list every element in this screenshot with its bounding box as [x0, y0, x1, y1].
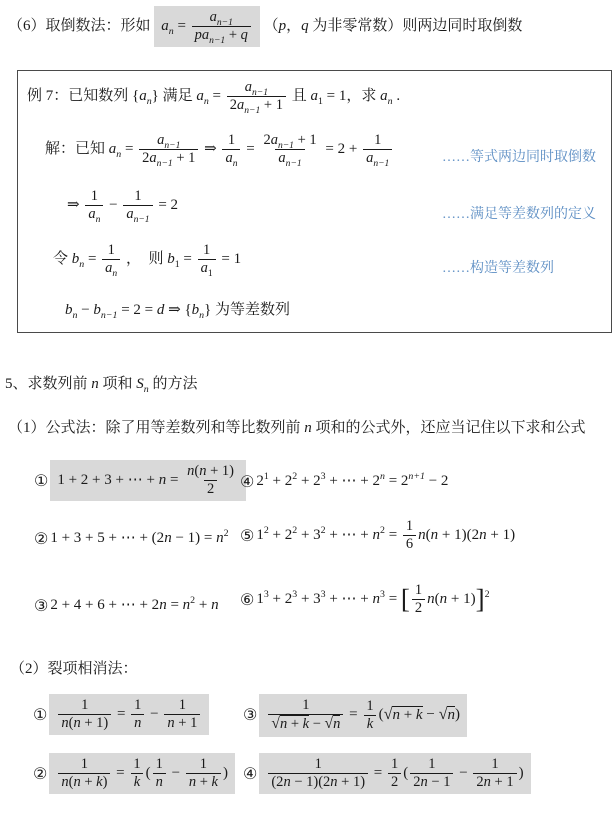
math-notes-page: { "colors": { "annotation_blue": "#5b8dc… [0, 0, 613, 815]
section-5-sub2-heading: （2）裂项相消法： [10, 660, 138, 680]
math-fraction: n(n + 1)2 [184, 463, 237, 498]
math-var: k [134, 774, 140, 790]
math-fraction: 1an−1 [363, 132, 392, 167]
fraction-numerator: 1 [78, 756, 91, 773]
method-6-highlighted-formula: an = an−1pan−1 + q [154, 6, 260, 47]
formula-math: 21 + 22 + 23 + ⋯ + 2n = 2n+1 − 2 [256, 472, 448, 492]
math-text: 1 [366, 698, 373, 714]
fraction-denominator: 2n − 1 [410, 773, 453, 791]
formula-math: 2 + 4 + 6 + ⋯ + 2n = n2 + n [50, 596, 218, 616]
math-text: = [345, 707, 361, 723]
formula-number: ⑥ [240, 590, 254, 610]
formula-number: ① [34, 471, 48, 491]
math-var: n [61, 774, 68, 790]
math-fraction: an−1pan−1 + q [192, 9, 251, 44]
formula-math: 1n(n + 1) = 1n − 1n + 1 [49, 694, 209, 735]
math-sqrt-icon: √n [325, 716, 341, 732]
math-text: + 1) [487, 527, 515, 543]
math-var: n [73, 774, 80, 790]
radicand: n + k [280, 715, 309, 732]
math-text: 1 [256, 591, 264, 607]
fraction-denominator: k [364, 715, 376, 733]
fraction-denominator: (2n − 1)(2n + 1) [268, 773, 368, 791]
fraction-numerator: 1 [105, 242, 118, 259]
math-subscript: n [112, 268, 117, 279]
math-var: b [65, 302, 73, 318]
math-text: = [385, 591, 401, 607]
math-var: a [126, 206, 133, 222]
method-6-pre: （6）取倒数法：形如 [8, 18, 154, 34]
method-6-line: （6）取倒数法：形如 an = an−1pan−1 + q （p，q 为非零常数… [8, 6, 522, 47]
radicand: n [333, 715, 340, 732]
math-text: ， 则 [122, 251, 167, 267]
math-var: n [216, 530, 224, 546]
math-var: n [189, 774, 196, 790]
annotation-take-reciprocal: ……等式两边同时取倒数 [442, 146, 596, 166]
fraction-numerator: 1 [388, 756, 401, 773]
fraction-numerator: 1 [363, 698, 376, 715]
math-text: 1 [406, 518, 413, 534]
fraction-numerator: 1 [403, 518, 416, 535]
math-text: + [287, 716, 302, 732]
fraction-numerator: 1 [200, 242, 213, 259]
math-text: 1 + 2 + 3 + ⋯ + [57, 472, 158, 488]
math-text: + ⋯ + [326, 591, 373, 607]
math-text: 项和的公式外，还应当记住以下求和公式 [312, 420, 586, 436]
math-text: + 1) [447, 591, 475, 607]
fraction-denominator: 2 [388, 773, 401, 791]
math-fraction: 16 [403, 518, 416, 553]
formula-math: 1n(n + k) = 1k(1n − 1n + k) [49, 753, 235, 794]
math-var: n [304, 420, 312, 436]
math-var: n [427, 591, 435, 607]
fraction-numerator: 1 [176, 697, 189, 714]
math-var: n [392, 707, 400, 723]
math-var: a [310, 88, 318, 104]
fraction-numerator: an−1 [242, 79, 271, 96]
math-subscript: n−1 [101, 310, 118, 321]
math-text: − [105, 197, 121, 213]
fraction-numerator: 1 [197, 756, 210, 773]
formula-telescoping-3: ③1√n + k − √n = 1k(√n + k − √n) [243, 694, 467, 737]
math-fraction: 1√n + k − √n [268, 697, 343, 734]
math-text: − [309, 716, 324, 732]
math-var: n [199, 463, 206, 479]
fraction-denominator: 2n + 1 [473, 773, 516, 791]
math-var: n [156, 774, 163, 790]
math-fraction: 1an−1 [123, 188, 152, 223]
math-text: = [180, 251, 196, 267]
math-text: ( [403, 765, 408, 781]
example-7-solution-line3: 令 bn = 1an ， 则 b1 = 1a1 = 1 [53, 242, 241, 277]
math-var: n [373, 591, 381, 607]
math-text: + 1)(2 [438, 527, 479, 543]
fraction-denominator: n(n + 1) [58, 714, 111, 732]
math-text: + 1 [491, 774, 514, 790]
formula-math: 1(2n − 1)(2n + 1) = 12(12n − 1 − 12n + 1… [259, 753, 530, 794]
math-text: = [385, 527, 401, 543]
formula-number: ② [33, 764, 47, 784]
math-text: 1 + 3 + 5 + ⋯ + (2 [50, 530, 164, 546]
math-var: n [159, 597, 167, 613]
fraction-denominator: n [153, 773, 166, 791]
fraction-denominator: 2an−1 + 1 [139, 149, 198, 167]
math-text: = [112, 765, 128, 781]
math-fraction: 1k [130, 756, 143, 791]
math-text: 2 [263, 132, 270, 148]
math-text: 令 [53, 251, 72, 267]
math-var: a [149, 150, 156, 166]
math-superscript: 2 [485, 589, 490, 600]
math-text: − 1)(2 [291, 774, 331, 790]
fraction-numerator: 1 [412, 582, 425, 599]
math-text: − [146, 706, 162, 722]
fraction-numerator: 1 [131, 697, 144, 714]
math-text: ) [103, 774, 108, 790]
math-var: a [278, 150, 285, 166]
formula-math: 1√n + k − √n = 1k(√n + k − √n) [259, 694, 467, 737]
fraction-numerator: 2an−1 + 1 [260, 132, 319, 149]
math-text: + 2 [269, 473, 292, 489]
math-text: = [113, 706, 129, 722]
math-sqrt-icon: √n + k [271, 716, 309, 732]
math-text: + 2 [269, 527, 292, 543]
radicand: n + k [392, 706, 422, 723]
math-text: − [455, 765, 471, 781]
math-subscript: n [96, 214, 101, 225]
math-bracket: [ [401, 584, 410, 614]
math-text: 为非零常数）则两边同时取倒数 [309, 18, 523, 34]
math-text: + 1 [175, 715, 198, 731]
math-text: 2 + 4 + 6 + ⋯ + 2 [50, 597, 159, 613]
math-var: a [271, 132, 278, 148]
math-text: = [209, 88, 225, 104]
math-fraction: 12n + 1 [473, 756, 516, 791]
fraction-numerator: 1 [488, 756, 501, 773]
math-var: S [136, 376, 144, 392]
math-fraction: 1n(n + k) [58, 756, 110, 791]
math-var: q [241, 27, 248, 43]
math-text: 2 [230, 97, 237, 113]
fraction-denominator: pan−1 + q [192, 26, 251, 44]
math-sqrt-icon: √n + k [384, 707, 423, 723]
math-text: ⇒ [67, 197, 83, 213]
math-text: = 2 [385, 473, 408, 489]
radical-icon: √ [271, 715, 280, 732]
math-text: = [167, 597, 183, 613]
math-text: 5、求数列前 [5, 376, 91, 392]
math-fraction: 1k [363, 698, 376, 733]
math-text: 1 [228, 132, 235, 148]
math-text: + [81, 774, 96, 790]
fraction-denominator: n [131, 714, 144, 732]
math-text: . [393, 88, 401, 104]
math-text: + 1 [260, 97, 283, 113]
math-var: pa [195, 27, 210, 43]
math-text: ) [455, 707, 460, 723]
math-var: a [245, 79, 252, 95]
fraction-denominator: n(n + k) [58, 773, 110, 791]
math-var: n [73, 715, 80, 731]
math-text: (2 [271, 774, 283, 790]
math-text: ) [223, 765, 228, 781]
math-var: n [61, 715, 68, 731]
math-superscript: 2 [224, 528, 229, 539]
math-var: n [164, 530, 172, 546]
fraction-denominator: 6 [403, 535, 416, 553]
math-fraction: 1a1 [198, 242, 216, 277]
math-text: 例 7：已知数列 { [27, 88, 139, 104]
fraction-denominator: n + 1 [164, 714, 200, 732]
math-bracket: ] [476, 584, 485, 614]
math-text: 且 [288, 88, 311, 104]
math-text: + 1) [207, 463, 235, 479]
math-var: n [418, 527, 426, 543]
math-text: − 1 [428, 774, 451, 790]
formula-telescoping-4: ④1(2n − 1)(2n + 1) = 12(12n − 1 − 12n + … [243, 753, 531, 794]
annotation-arithmetic-definition: ……满足等差数列的定义 [442, 203, 596, 223]
math-text: } 满足 [152, 88, 197, 104]
fraction-numerator: 1 [225, 132, 238, 149]
math-text: = 1，求 [323, 88, 380, 104]
fraction-denominator: an [85, 205, 103, 223]
math-text: = 2 + [322, 141, 361, 157]
fraction-denominator: an [222, 149, 240, 167]
fraction-denominator: an−1 [123, 205, 152, 223]
math-text: （1）公式法：除了用等差数列和等比数列前 [8, 420, 304, 436]
formula-number: ④ [243, 764, 257, 784]
math-text: 1 [200, 756, 207, 772]
math-fraction: 1n [153, 756, 166, 791]
math-text: − [168, 765, 184, 781]
math-subscript: n−1 [244, 105, 260, 116]
math-text: + 1) [338, 774, 366, 790]
math-text: + 2 [297, 473, 320, 489]
math-subscript: n−1 [373, 158, 389, 169]
math-text: ) [519, 765, 524, 781]
math-var: k [416, 707, 423, 723]
math-text: 1 [415, 582, 422, 598]
math-subscript: n [233, 158, 238, 169]
math-var: k [367, 716, 373, 732]
math-text: 1 [256, 527, 264, 543]
math-text: 1 [134, 188, 141, 204]
fraction-numerator: 1 [78, 697, 91, 714]
math-subscript: n−1 [286, 158, 302, 169]
math-text: = [166, 472, 182, 488]
math-text: 1 [133, 756, 140, 772]
math-var: a [161, 18, 169, 34]
example-7-solution-line1: 解：已知 an = an−12an−1 + 1 ⇒ 1an = 2an−1 + … [45, 132, 394, 167]
section-5-sub1-heading: （1）公式法：除了用等差数列和等比数列前 n 项和的公式外，还应当记住以下求和公… [8, 419, 586, 439]
math-text: 1 [315, 756, 322, 772]
math-fraction: 1an [85, 188, 103, 223]
fraction-numerator: 1 [312, 756, 325, 773]
fraction-denominator: 2 [412, 599, 425, 617]
math-text: = [121, 141, 137, 157]
math-text: ( [146, 765, 151, 781]
math-text: 2 [256, 473, 264, 489]
formula-number: ④ [240, 472, 254, 492]
math-fraction: 12n − 1 [410, 756, 453, 791]
math-text: ⇒ { [164, 302, 191, 318]
math-text: = [174, 18, 190, 34]
math-text: − [77, 302, 93, 318]
math-text: 2 [476, 774, 483, 790]
math-fraction: 12 [388, 756, 401, 791]
math-fraction: 1n + 1 [164, 697, 200, 732]
fraction-numerator: an−1 [154, 132, 183, 149]
example-7-solution-line4: bn − bn−1 = 2 = d ⇒ {bn} 为等差数列 [65, 301, 290, 321]
math-subscript: n−1 [157, 158, 173, 169]
formula-number: ② [34, 529, 48, 549]
math-text: 2 [207, 481, 214, 497]
math-fraction: 2an−1 + 1an−1 [260, 132, 319, 167]
math-text: 1 [302, 697, 309, 713]
math-var: n [134, 715, 141, 731]
math-fraction: 1an [222, 132, 240, 167]
math-text: 解：已知 [45, 141, 109, 157]
math-var: a [139, 88, 147, 104]
math-var: n [373, 527, 381, 543]
fraction-denominator: an [102, 259, 120, 277]
math-fraction: 12 [412, 582, 425, 617]
math-text: = 2 = [117, 302, 156, 318]
math-text: 1 [391, 756, 398, 772]
math-text: 项和 [99, 376, 137, 392]
fraction-denominator: an−1 [363, 149, 392, 167]
formula-sum-powers-of-2: ④21 + 22 + 23 + ⋯ + 2n = 2n+1 − 2 [240, 472, 448, 492]
fraction-numerator: 1 [299, 697, 312, 714]
example-7-title: 例 7：已知数列 {an} 满足 an = an−12an−1 + 1 且 a1… [27, 79, 400, 114]
math-text: + 1 [294, 132, 317, 148]
math-var: b [167, 251, 175, 267]
math-var: a [380, 88, 388, 104]
fraction-denominator: an−1 [275, 149, 304, 167]
math-text: + 3 [297, 527, 320, 543]
formula-number: ① [33, 705, 47, 725]
section-5-heading: 5、求数列前 n 项和 Sn 的方法 [5, 375, 197, 395]
math-text: ， [286, 18, 301, 34]
math-var: q [301, 18, 309, 34]
math-var: n [330, 774, 337, 790]
formula-math: 13 + 23 + 33 + ⋯ + n3 = [12n(n + 1)]2 [256, 582, 489, 617]
example-7-solution-line2: ⇒ 1an − 1an−1 = 2 [67, 188, 178, 223]
formula-sum-squares: ⑤12 + 22 + 32 + ⋯ + n2 = 16n(n + 1)(2n +… [240, 518, 515, 553]
math-fraction: an−12an−1 + 1 [227, 79, 286, 114]
fraction-numerator: 1 [131, 188, 144, 205]
example-7-box: 例 7：已知数列 {an} 满足 an = an−12an−1 + 1 且 a1… [17, 70, 612, 333]
math-text: − 1) = [172, 530, 216, 546]
math-text: + [400, 707, 416, 723]
math-text: 1 [81, 697, 88, 713]
fraction-denominator: n + k [186, 773, 221, 791]
formula-telescoping-1: ①1n(n + 1) = 1n − 1n + 1 [33, 694, 209, 735]
math-text: + 1) [81, 715, 109, 731]
math-text: + 1 [173, 150, 196, 166]
math-text: 1 [134, 697, 141, 713]
fraction-numerator: 1 [371, 132, 384, 149]
math-text: + 3 [297, 591, 320, 607]
math-fraction: 1n(n + 1) [58, 697, 111, 732]
math-text: 1 [179, 697, 186, 713]
math-text: + 2 [269, 591, 292, 607]
math-var: a [88, 206, 95, 222]
math-text: 1 [203, 242, 210, 258]
method-6-post: （p，q 为非零常数）则两边同时取倒数 [260, 18, 523, 34]
math-var: n [91, 376, 99, 392]
math-sqrt-icon: √n [439, 707, 455, 723]
math-text: + [196, 774, 211, 790]
annotation-construct-arithmetic: ……构造等差数列 [442, 257, 554, 277]
math-text: = [84, 251, 100, 267]
math-text: + [195, 597, 211, 613]
math-var: n [447, 707, 455, 723]
math-var: a [210, 9, 217, 25]
math-text: + [225, 27, 240, 43]
fraction-numerator: n(n + 1) [184, 463, 237, 480]
math-text: 2 [413, 774, 420, 790]
math-fraction: 1n + k [186, 756, 221, 791]
fraction-denominator: k [131, 773, 143, 791]
math-text: 6 [406, 536, 413, 552]
math-text: 2 [391, 774, 398, 790]
math-var: a [225, 150, 232, 166]
fraction-numerator: an−1 [207, 9, 236, 26]
math-text: = 2 [155, 197, 178, 213]
math-text: = [370, 765, 386, 781]
fraction-denominator: 2 [204, 480, 217, 498]
fraction-numerator: 1 [153, 756, 166, 773]
math-text: 1 [156, 756, 163, 772]
fraction-numerator: 1 [88, 188, 101, 205]
math-text: + ⋯ + 2 [326, 473, 380, 489]
radical-icon: √ [325, 715, 334, 732]
math-text: 1 [428, 756, 435, 772]
formula-sum-cubes: ⑥13 + 23 + 33 + ⋯ + n3 = [12n(n + 1)]2 [240, 582, 490, 617]
math-text: = [242, 141, 258, 157]
formula-sum-natural: ①1 + 2 + 3 + ⋯ + n = n(n + 1)2 [34, 460, 246, 501]
formula-math: 1 + 2 + 3 + ⋯ + n = n(n + 1)2 [50, 460, 246, 501]
math-text: − [423, 707, 439, 723]
math-fraction: 1an [102, 242, 120, 277]
formula-sum-odds: ②1 + 3 + 5 + ⋯ + (2n − 1) = n2 [34, 529, 229, 549]
math-text: 1 [491, 756, 498, 772]
fraction-denominator: √n + k − √n [268, 714, 343, 733]
formula-number: ⑤ [240, 526, 254, 546]
math-var: k [212, 774, 218, 790]
fraction-denominator: a1 [198, 259, 216, 277]
math-fraction: an−12an−1 + 1 [139, 132, 198, 167]
math-fraction: 1(2n − 1)(2n + 1) [268, 756, 368, 791]
math-var: n [479, 527, 487, 543]
formula-math: 1 + 3 + 5 + ⋯ + (2n − 1) = n2 [50, 529, 228, 549]
math-var: n [167, 715, 174, 731]
math-superscript: n+1 [408, 471, 425, 482]
formula-sum-evens: ③2 + 4 + 6 + ⋯ + 2n = n2 + n [34, 596, 219, 616]
math-text: 1 [108, 242, 115, 258]
formula-math: 12 + 22 + 32 + ⋯ + n2 = 16n(n + 1)(2n + … [256, 518, 515, 553]
math-text: 2 [415, 600, 422, 616]
math-text: 1 [81, 756, 88, 772]
math-subscript: n−1 [134, 214, 150, 225]
fraction-numerator: 1 [425, 756, 438, 773]
math-text: = 1 [218, 251, 241, 267]
math-text: （6）取倒数法：形如 [8, 18, 154, 34]
fraction-denominator: 2an−1 + 1 [227, 96, 286, 114]
math-text: ⇒ [200, 141, 220, 157]
math-text: } 为等差数列 [204, 302, 290, 318]
